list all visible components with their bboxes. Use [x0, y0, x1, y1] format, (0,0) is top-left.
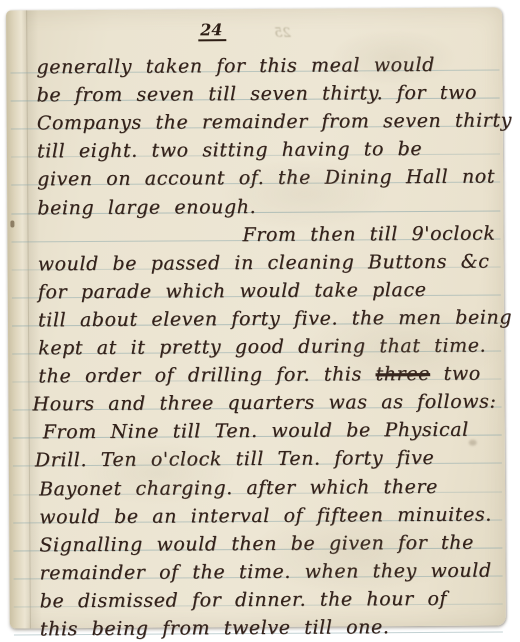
manuscript-line: Hours and three quarters was as follows: — [12, 380, 501, 411]
manuscript-line: Drill. Ten o'clock till Ten. forty five — [13, 436, 502, 467]
manuscript-line: kept at it pretty good during that time. — [12, 323, 501, 354]
manuscript-line: generally taken for this meal would — [10, 43, 499, 74]
ink-blot — [469, 440, 477, 446]
manuscript-line: would be an interval of fifteen minuites… — [13, 492, 502, 523]
manuscript-line: From Nine till Ten. would be Physical — [13, 408, 502, 439]
manuscript-line: Companys the remainder from seven thirty — [11, 99, 500, 130]
manuscript-line: Bayonet charging. after which there — [13, 464, 502, 495]
notebook-page: 24 25 generally taken for this meal woul… — [6, 7, 506, 628]
page-number: 24 — [198, 20, 226, 41]
manuscript-line: till about eleven forty five. the men be… — [12, 295, 501, 326]
manuscript-line: Signalling would then be given for the — [13, 520, 502, 551]
manuscript-line: remainder of the time. when they would — [13, 548, 502, 579]
manuscript-line: would be passed in cleaning Buttons &c — [12, 239, 501, 270]
manuscript-line: be from seven till seven thirty. for two — [11, 71, 500, 102]
manuscript-text: generally taken for this meal wouldbe fr… — [10, 43, 503, 636]
manuscript-line: From then till 9'oclock — [11, 211, 500, 242]
ghost-page-number-bleedthrough: 25 — [274, 26, 291, 41]
manuscript-line: the order of drilling for. this three tw… — [12, 352, 501, 383]
manuscript-line: being large enough. — [11, 183, 500, 214]
manuscript-line: for parade which would take place — [12, 267, 501, 298]
manuscript-line: given on account of. the Dining Hall not — [11, 155, 500, 186]
manuscript-line: till eight. two sitting having to be — [11, 127, 500, 158]
manuscript-line: this being from twelve till one. — [14, 604, 503, 635]
manuscript-line: be dismissed for dinner. the hour of — [14, 576, 503, 607]
